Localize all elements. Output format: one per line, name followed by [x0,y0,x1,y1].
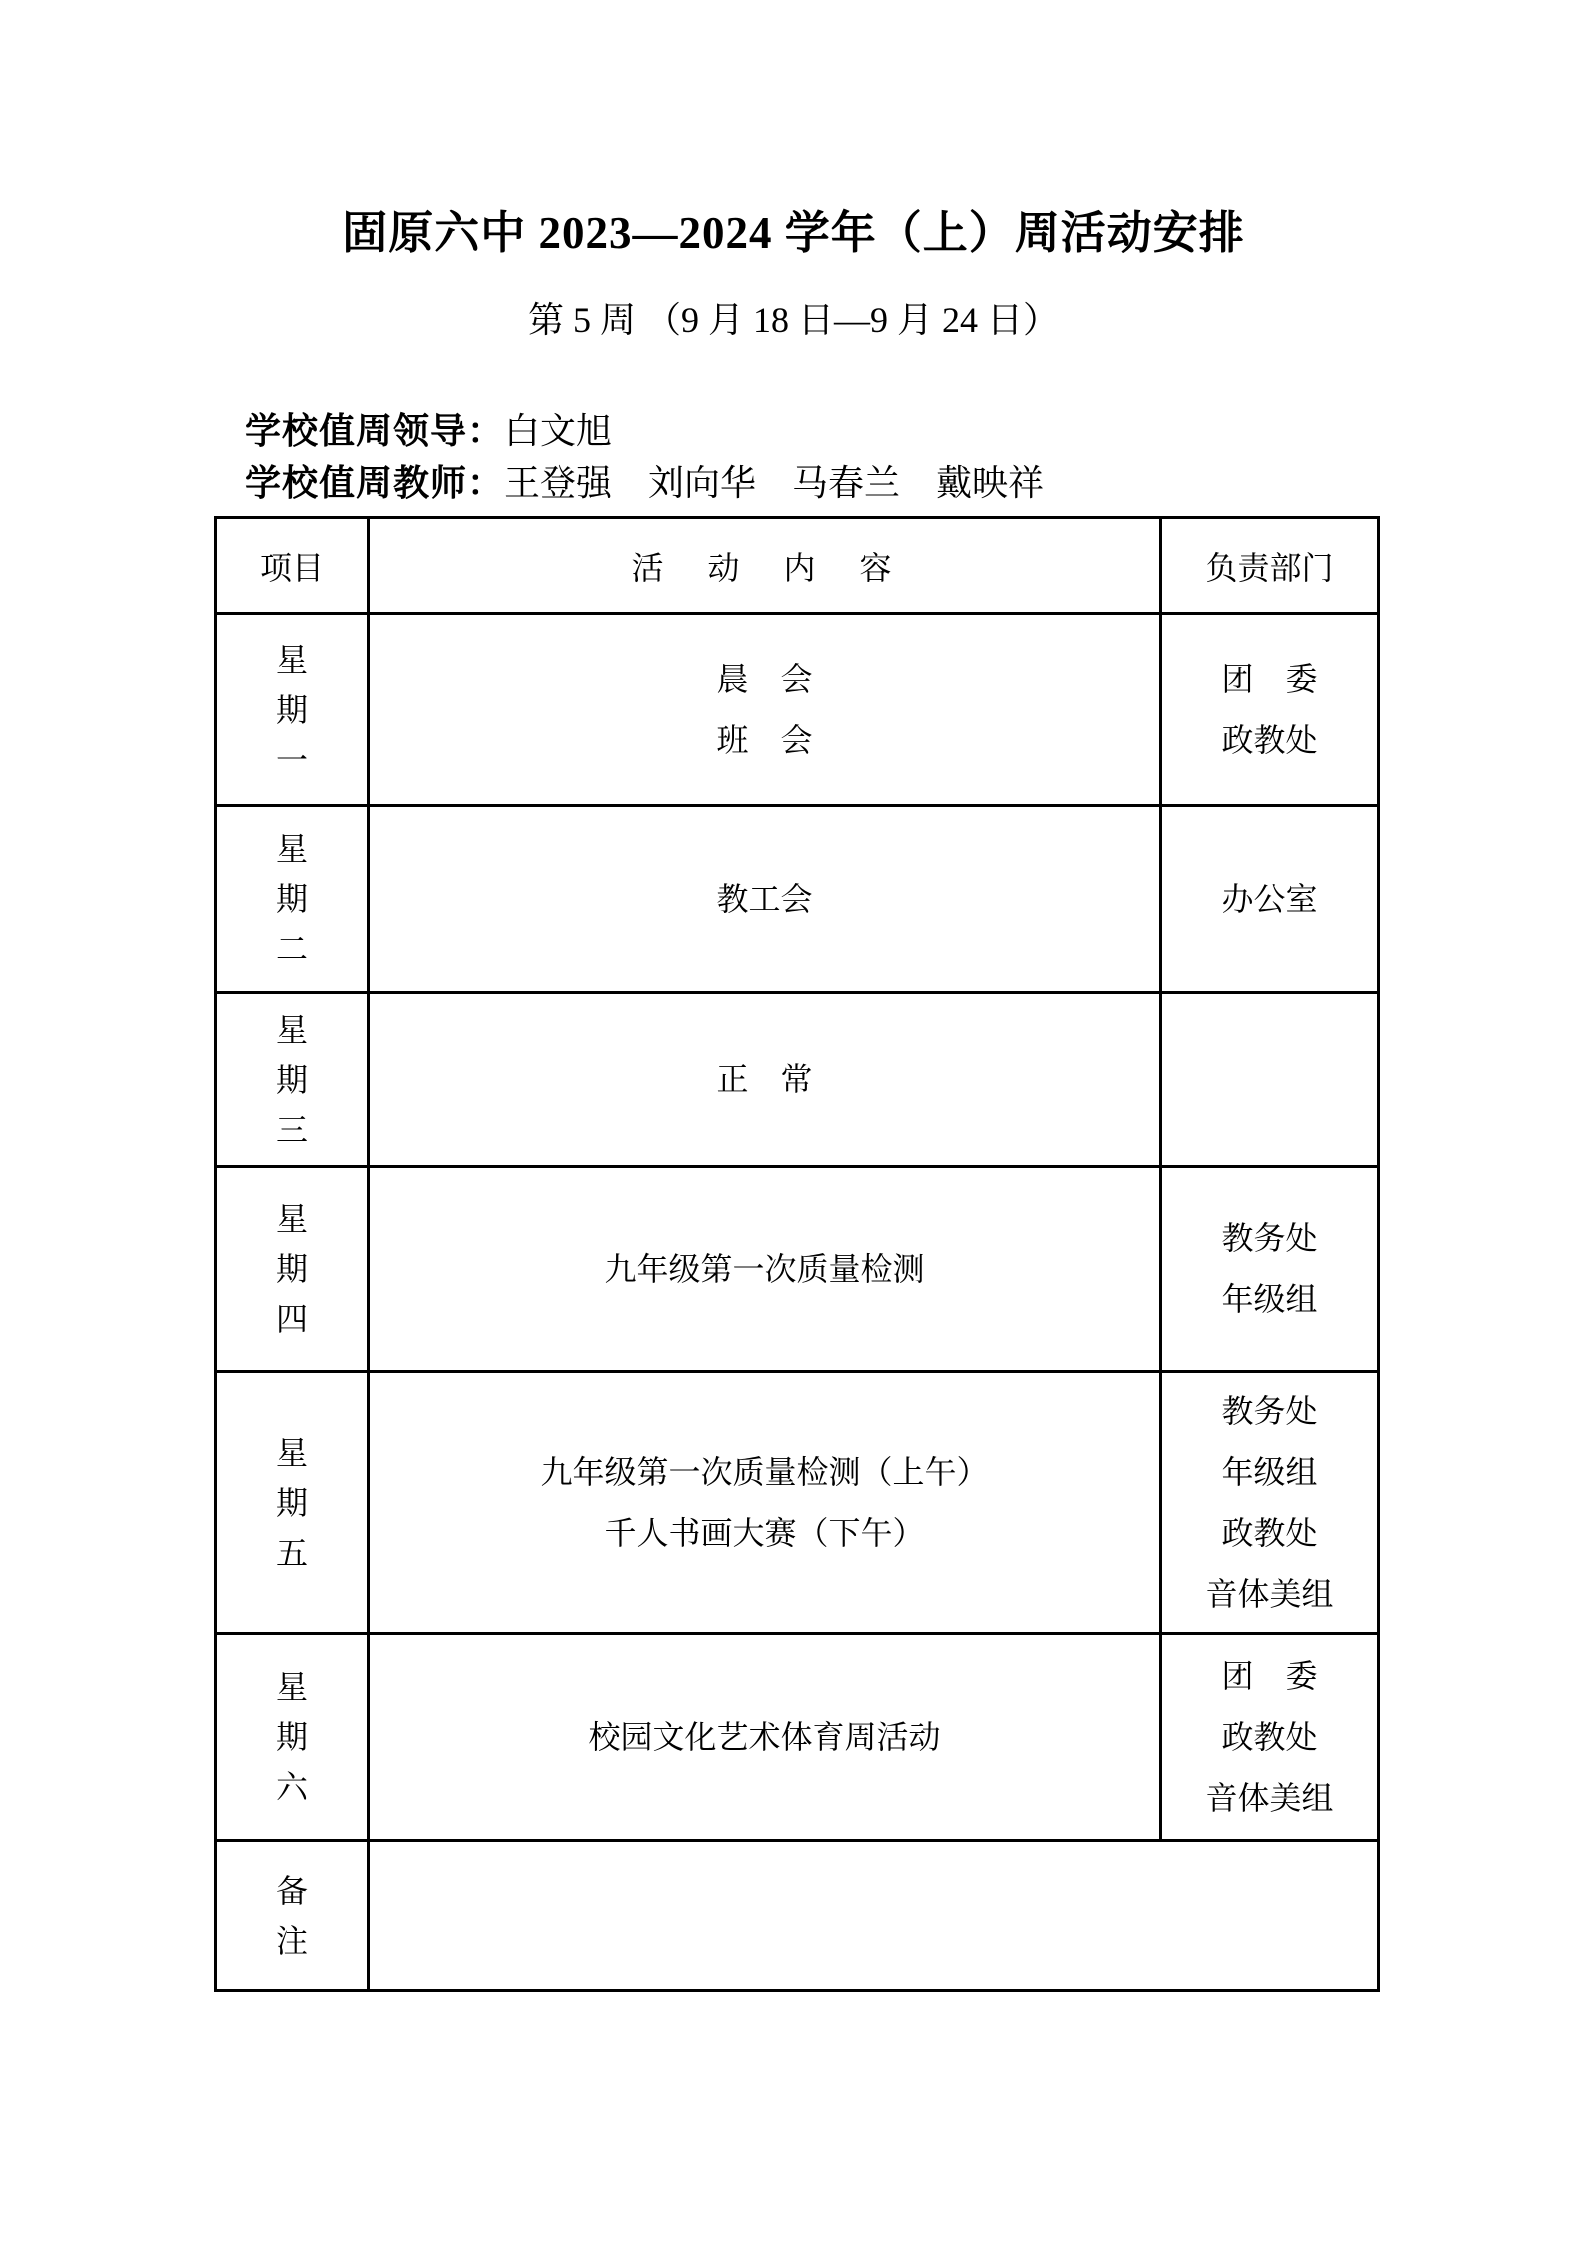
content-line: 班 会 [370,710,1159,771]
day-label: 星期一 [273,635,311,785]
dept-line: 音体美组 [1162,1564,1377,1625]
dept-line: 办公室 [1162,869,1377,930]
day-cell: 星期二 [216,806,369,993]
dept-line: 政教处 [1162,1503,1377,1564]
document-subtitle: 第 5 周 （9 月 18 日—9 月 24 日） [0,292,1587,343]
content-cell: 九年级第一次质量检测 [369,1167,1161,1372]
dept-line: 政教处 [1162,1707,1377,1768]
dept-cell: 团 委 政教处 音体美组 [1161,1634,1379,1841]
dept-cell: 办公室 [1161,806,1379,993]
day-cell: 星期六 [216,1634,369,1841]
content-line: 校园文化艺术体育周活动 [370,1707,1159,1768]
day-label: 星期二 [273,824,311,974]
dept-cell-empty [1161,993,1379,1167]
duty-leader-value: 白文旭 [504,411,612,451]
header-item-cell: 项目 [216,518,369,614]
content-cell: 正 常 [369,993,1161,1167]
day-cell: 星期四 [216,1167,369,1372]
table-row-tuesday: 星期二 教工会 办公室 [216,806,1379,993]
table-row-friday: 星期五 九年级第一次质量检测（上午） 千人书画大赛（下午） 教务处 年级组 政教… [216,1372,1379,1634]
duty-leader-label: 学校值周领导： [245,410,504,451]
content-cell: 校园文化艺术体育周活动 [369,1634,1161,1841]
content-line: 九年级第一次质量检测（上午） [370,1442,1159,1503]
dept-line: 团 委 [1162,649,1377,710]
content-line: 晨 会 [370,649,1159,710]
day-cell: 星期五 [216,1372,369,1634]
table-row-thursday: 星期四 九年级第一次质量检测 教务处 年级组 [216,1167,1379,1372]
notes-cell-empty [369,1841,1379,1991]
dept-line: 教务处 [1162,1208,1377,1269]
duty-teacher-label: 学校值周教师： [245,462,504,503]
day-label: 备注 [273,1866,311,1966]
dept-cell: 教务处 年级组 政教处 音体美组 [1161,1372,1379,1634]
table-header-row: 项目 活 动 内 容 负责部门 [216,518,1379,614]
dept-cell: 团 委 政教处 [1161,614,1379,806]
day-cell: 备注 [216,1841,369,1991]
document-page: 固原六中 2023—2024 学年（上）周活动安排 第 5 周 （9 月 18 … [0,0,1587,2245]
table-row-saturday: 星期六 校园文化艺术体育周活动 团 委 政教处 音体美组 [216,1634,1379,1841]
day-label: 星期三 [273,1005,311,1155]
dept-line: 政教处 [1162,710,1377,771]
day-label: 星期五 [273,1428,311,1578]
duty-leader-line: 学校值周领导：白文旭 [245,405,1044,457]
content-cell: 晨 会 班 会 [369,614,1161,806]
dept-line: 年级组 [1162,1442,1377,1503]
table-row-monday: 星期一 晨 会 班 会 团 委 政教处 [216,614,1379,806]
day-label: 星期六 [273,1662,311,1812]
header-content-cell: 活 动 内 容 [369,518,1161,614]
day-label: 星期四 [273,1194,311,1344]
content-cell: 九年级第一次质量检测（上午） 千人书画大赛（下午） [369,1372,1161,1634]
content-line: 教工会 [370,869,1159,930]
dept-line: 教务处 [1162,1381,1377,1442]
dept-line: 音体美组 [1162,1768,1377,1829]
content-line: 九年级第一次质量检测 [370,1239,1159,1300]
table-row-notes: 备注 [216,1841,1379,1991]
dept-line: 团 委 [1162,1646,1377,1707]
content-cell: 教工会 [369,806,1161,993]
day-cell: 星期一 [216,614,369,806]
content-line: 千人书画大赛（下午） [370,1503,1159,1564]
document-title: 固原六中 2023—2024 学年（上）周活动安排 [0,196,1587,261]
weekly-schedule-table: 项目 活 动 内 容 负责部门 星期一 晨 会 班 会 团 委 政教处 星期二 … [214,516,1380,1992]
day-cell: 星期三 [216,993,369,1167]
duty-teacher-line: 学校值周教师：王登强 刘向华 马春兰 戴映祥 [245,457,1044,509]
duty-teacher-value: 王登强 刘向华 马春兰 戴映祥 [504,463,1044,503]
dept-line: 年级组 [1162,1269,1377,1330]
header-dept-cell: 负责部门 [1161,518,1379,614]
table-row-wednesday: 星期三 正 常 [216,993,1379,1167]
content-line: 正 常 [370,1049,1159,1110]
duty-info: 学校值周领导：白文旭 学校值周教师：王登强 刘向华 马春兰 戴映祥 [245,405,1044,509]
dept-cell: 教务处 年级组 [1161,1167,1379,1372]
